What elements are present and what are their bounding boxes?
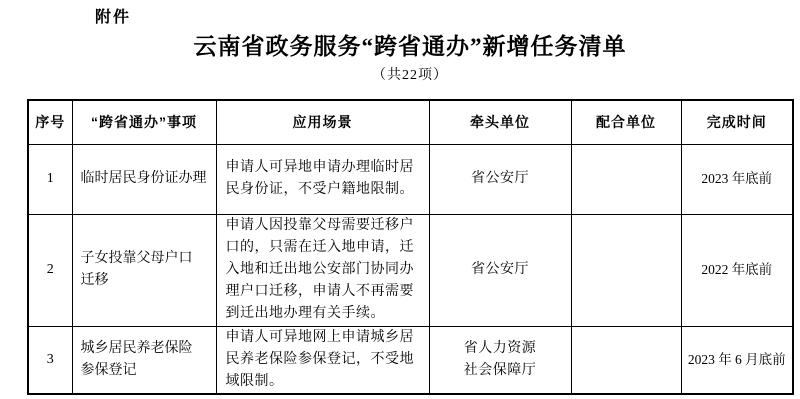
column-header-scene: 应用场景	[216, 100, 429, 144]
row-lead-unit: 省公安厅	[429, 144, 571, 214]
row-seq: 2	[28, 214, 72, 326]
row-scene: 申请人可异地网上申请城乡居 民养老保险参保登记，不受地 域限制。	[216, 326, 429, 394]
row-item: 子女投靠父母户口 迁移	[72, 214, 216, 326]
row-scene: 申请人因投靠父母需要迁移户 口的，只需在迁入地申请，迁 入地和迁出地公安部门协同…	[216, 214, 429, 326]
column-header-lead-unit: 牵头单位	[429, 100, 571, 144]
row-deadline: 2023 年底前	[681, 144, 793, 214]
row-item: 临时居民身份证办理	[72, 144, 216, 214]
row-support-unit	[571, 326, 681, 394]
row-support-unit	[571, 144, 681, 214]
row-seq: 3	[28, 326, 72, 394]
table-row: 1 临时居民身份证办理 申请人可异地申请办理临时居 民身份证，不受户籍地限制。 …	[28, 144, 793, 214]
table-row: 2 子女投靠父母户口 迁移 申请人因投靠父母需要迁移户 口的，只需在迁入地申请，…	[28, 214, 793, 326]
column-header-deadline: 完成时间	[681, 100, 793, 144]
row-support-unit	[571, 214, 681, 326]
table-row: 3 城乡居民养老保险 参保登记 申请人可异地网上申请城乡居 民养老保险参保登记，…	[28, 326, 793, 394]
row-lead-unit: 省人力资源 社会保障厅	[429, 326, 571, 394]
task-list-table: 序号 “跨省通办”事项 应用场景 牵头单位 配合单位 完成时间 1 临时居民身份…	[27, 99, 794, 395]
row-deadline: 2022 年底前	[681, 214, 793, 326]
document-subtitle: （共22项）	[10, 64, 800, 84]
column-header-support-unit: 配合单位	[571, 100, 681, 144]
column-header-seq: 序号	[28, 100, 72, 144]
document-title: 云南省政务服务“跨省通办”新增任务清单	[10, 28, 800, 61]
table-header-row: 序号 “跨省通办”事项 应用场景 牵头单位 配合单位 完成时间	[28, 100, 793, 144]
row-item: 城乡居民养老保险 参保登记	[72, 326, 216, 394]
document-page: 附件 云南省政务服务“跨省通办”新增任务清单 （共22项） 序号 “跨省通办”事…	[0, 0, 800, 399]
attachment-label: 附件	[95, 4, 131, 27]
row-seq: 1	[28, 144, 72, 214]
column-header-item: “跨省通办”事项	[72, 100, 216, 144]
row-deadline: 2023 年 6 月底前	[681, 326, 793, 394]
row-scene: 申请人可异地申请办理临时居 民身份证，不受户籍地限制。	[216, 144, 429, 214]
row-lead-unit: 省公安厅	[429, 214, 571, 326]
